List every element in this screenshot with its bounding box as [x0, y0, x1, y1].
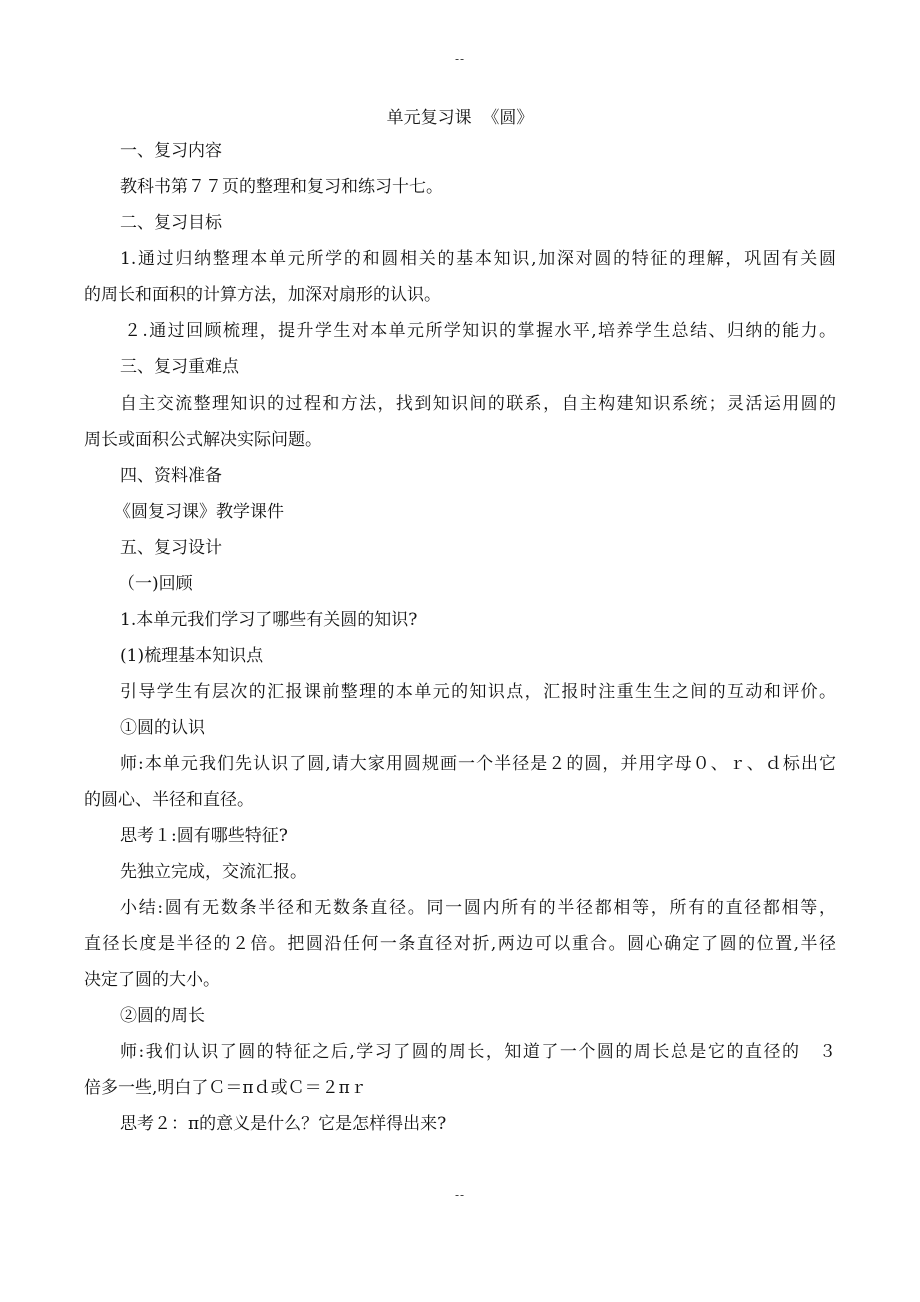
paragraph-line: 三、复习重难点	[120, 356, 239, 378]
paragraph-line: 的圆心、半径和直径。	[84, 789, 254, 811]
paragraph-line: 1.本单元我们学习了哪些有关圆的知识?	[120, 609, 417, 631]
paragraph-line: 师:本单元我们先认识了圆,请大家用圆规画一个半径是２的圆，并用字母０、ｒ、ｄ标出…	[120, 753, 836, 775]
paragraph-line: ２.通过回顾梳理，提升学生对本单元所学知识的掌握水平,培养学生总结、归纳的能力。	[124, 320, 836, 342]
paragraph-line: 的周长和面积的计算方法，加深对扇形的认识。	[84, 284, 441, 306]
paragraph-line: 二、复习目标	[120, 212, 222, 234]
document-title: 单元复习课 《圆》	[0, 103, 920, 128]
paragraph-line: 直径长度是半径的２倍。把圆沿任何一条直径对折,两边可以重合。圆心确定了圆的位置,…	[84, 933, 836, 955]
paragraph-line: 一、复习内容	[120, 140, 222, 162]
paragraph-line: 先独立完成，交流汇报。	[120, 861, 307, 883]
paragraph-line: 决定了圆的大小。	[84, 969, 220, 991]
paragraph-line: 思考１:圆有哪些特征?	[120, 825, 288, 847]
paragraph-line: 倍多一些,明白了Ｃ＝πｄ或Ｃ＝２πｒ	[84, 1077, 367, 1099]
paragraph-line: 周长或面积公式解决实际问题。	[84, 429, 322, 451]
paragraph-line: 引导学生有层次的汇报课前整理的本单元的知识点，汇报时注重生生之间的互动和评价。	[120, 681, 836, 703]
paragraph-line: 自主交流整理知识的过程和方法，找到知识间的联系，自主构建知识系统；灵活运用圆的	[120, 393, 836, 415]
page-marker-top: --	[0, 52, 920, 66]
paragraph-line: ②圆的周长	[120, 1005, 205, 1027]
paragraph-line: 教科书第７７页的整理和复习和练习十七。	[120, 176, 443, 198]
page-marker-bottom: --	[0, 1188, 920, 1202]
paragraph-line: 四、资料准备	[120, 465, 222, 487]
paragraph-line: 思考２：π的意义是什么？它是怎样得出来?	[120, 1113, 446, 1135]
paragraph-line: （一)回顾	[118, 573, 193, 595]
paragraph-line: 《圆复习课》教学课件	[114, 501, 284, 523]
paragraph-line: 师:我们认识了圆的特征之后,学习了圆的周长，知道了一个圆的周长总是它的直径的 ３	[120, 1041, 836, 1063]
paragraph-line: 小结:圆有无数条半径和无数条直径。同一圆内所有的半径都相等，所有的直径都相等，	[120, 897, 836, 919]
paragraph-line: 1.通过归纳整理本单元所学的和圆相关的基本知识,加深对圆的特征的理解，巩固有关圆	[120, 248, 836, 270]
paragraph-line: ①圆的认识	[120, 717, 205, 739]
paragraph-line: (1)梳理基本知识点	[120, 645, 263, 667]
paragraph-line: 五、复习设计	[120, 537, 222, 559]
